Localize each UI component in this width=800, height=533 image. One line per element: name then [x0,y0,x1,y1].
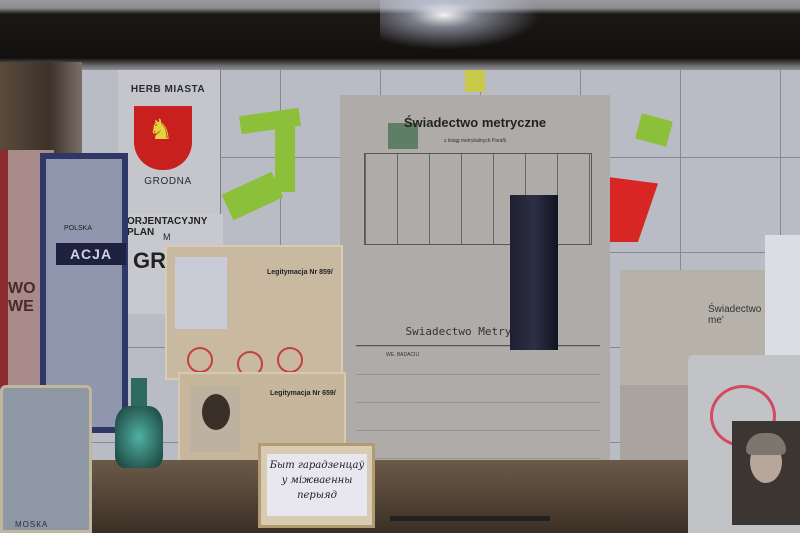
id-photo [175,257,227,329]
sign-text: Быт гарадзенцаў у міжваенны перыяд [267,458,367,503]
folded-certificate-title: Świadectwo meʹ [708,304,770,326]
map-park [275,122,295,192]
id-card: Legitymacja Nr 859/ [165,245,343,380]
shield-icon: ♞ [134,106,192,170]
certificate-second-title: Swiadectwo Metrykalne [340,325,610,338]
ink-bottle [115,378,165,470]
id-photo [190,386,240,452]
city-crest-panel: HERB MIASTA ♞ GRODNA [118,70,221,220]
notebook-label: МОSКА [15,520,48,529]
plan-letter: M [163,232,171,242]
birth-certificate: Świadectwo metryczne z ksiąg metrykalnyc… [340,95,610,515]
exhibit-sign: Быт гарадзенцаў у міжваенны перыяд [258,443,375,528]
stamp [187,347,213,373]
certificate-title: Świadectwo metryczne [340,115,610,130]
hat [746,433,786,455]
handwritten-letter [765,235,800,360]
sign-panel: Быт гарадзенцаў у міжваенны перыяд [267,454,367,516]
light-glare [380,0,540,50]
form-field-label: WE. BADACIU [386,352,419,358]
crest-title: HERB MIASTA [118,84,218,95]
notebook: МОSКА [0,385,92,533]
plan-title: ORJENTACYJNY PLAN [127,216,223,238]
portrait [202,394,230,430]
bottle-neck [131,378,147,408]
passport-photo [732,421,800,525]
bottle-body [115,406,163,468]
crest-city: GRODNA [118,176,218,187]
display-shelf [90,460,690,533]
plan-city: GR [133,248,166,274]
id-title: Legitymacja Nr 659/ [270,390,336,397]
certificate-subtitle: z ksiąg metrykalnych Parafii [340,138,610,144]
id-title: Legitymacja Nr 859/ [267,269,333,276]
red-bond-title: WO WE [8,280,36,316]
deer-icon: ♞ [148,118,178,142]
stamp [277,347,303,373]
bond-title: ACJA [56,243,126,265]
bond-header: POLSKA [64,225,92,232]
fountain-pen [390,516,550,521]
passport [688,355,800,533]
reflection-bar [510,195,558,350]
